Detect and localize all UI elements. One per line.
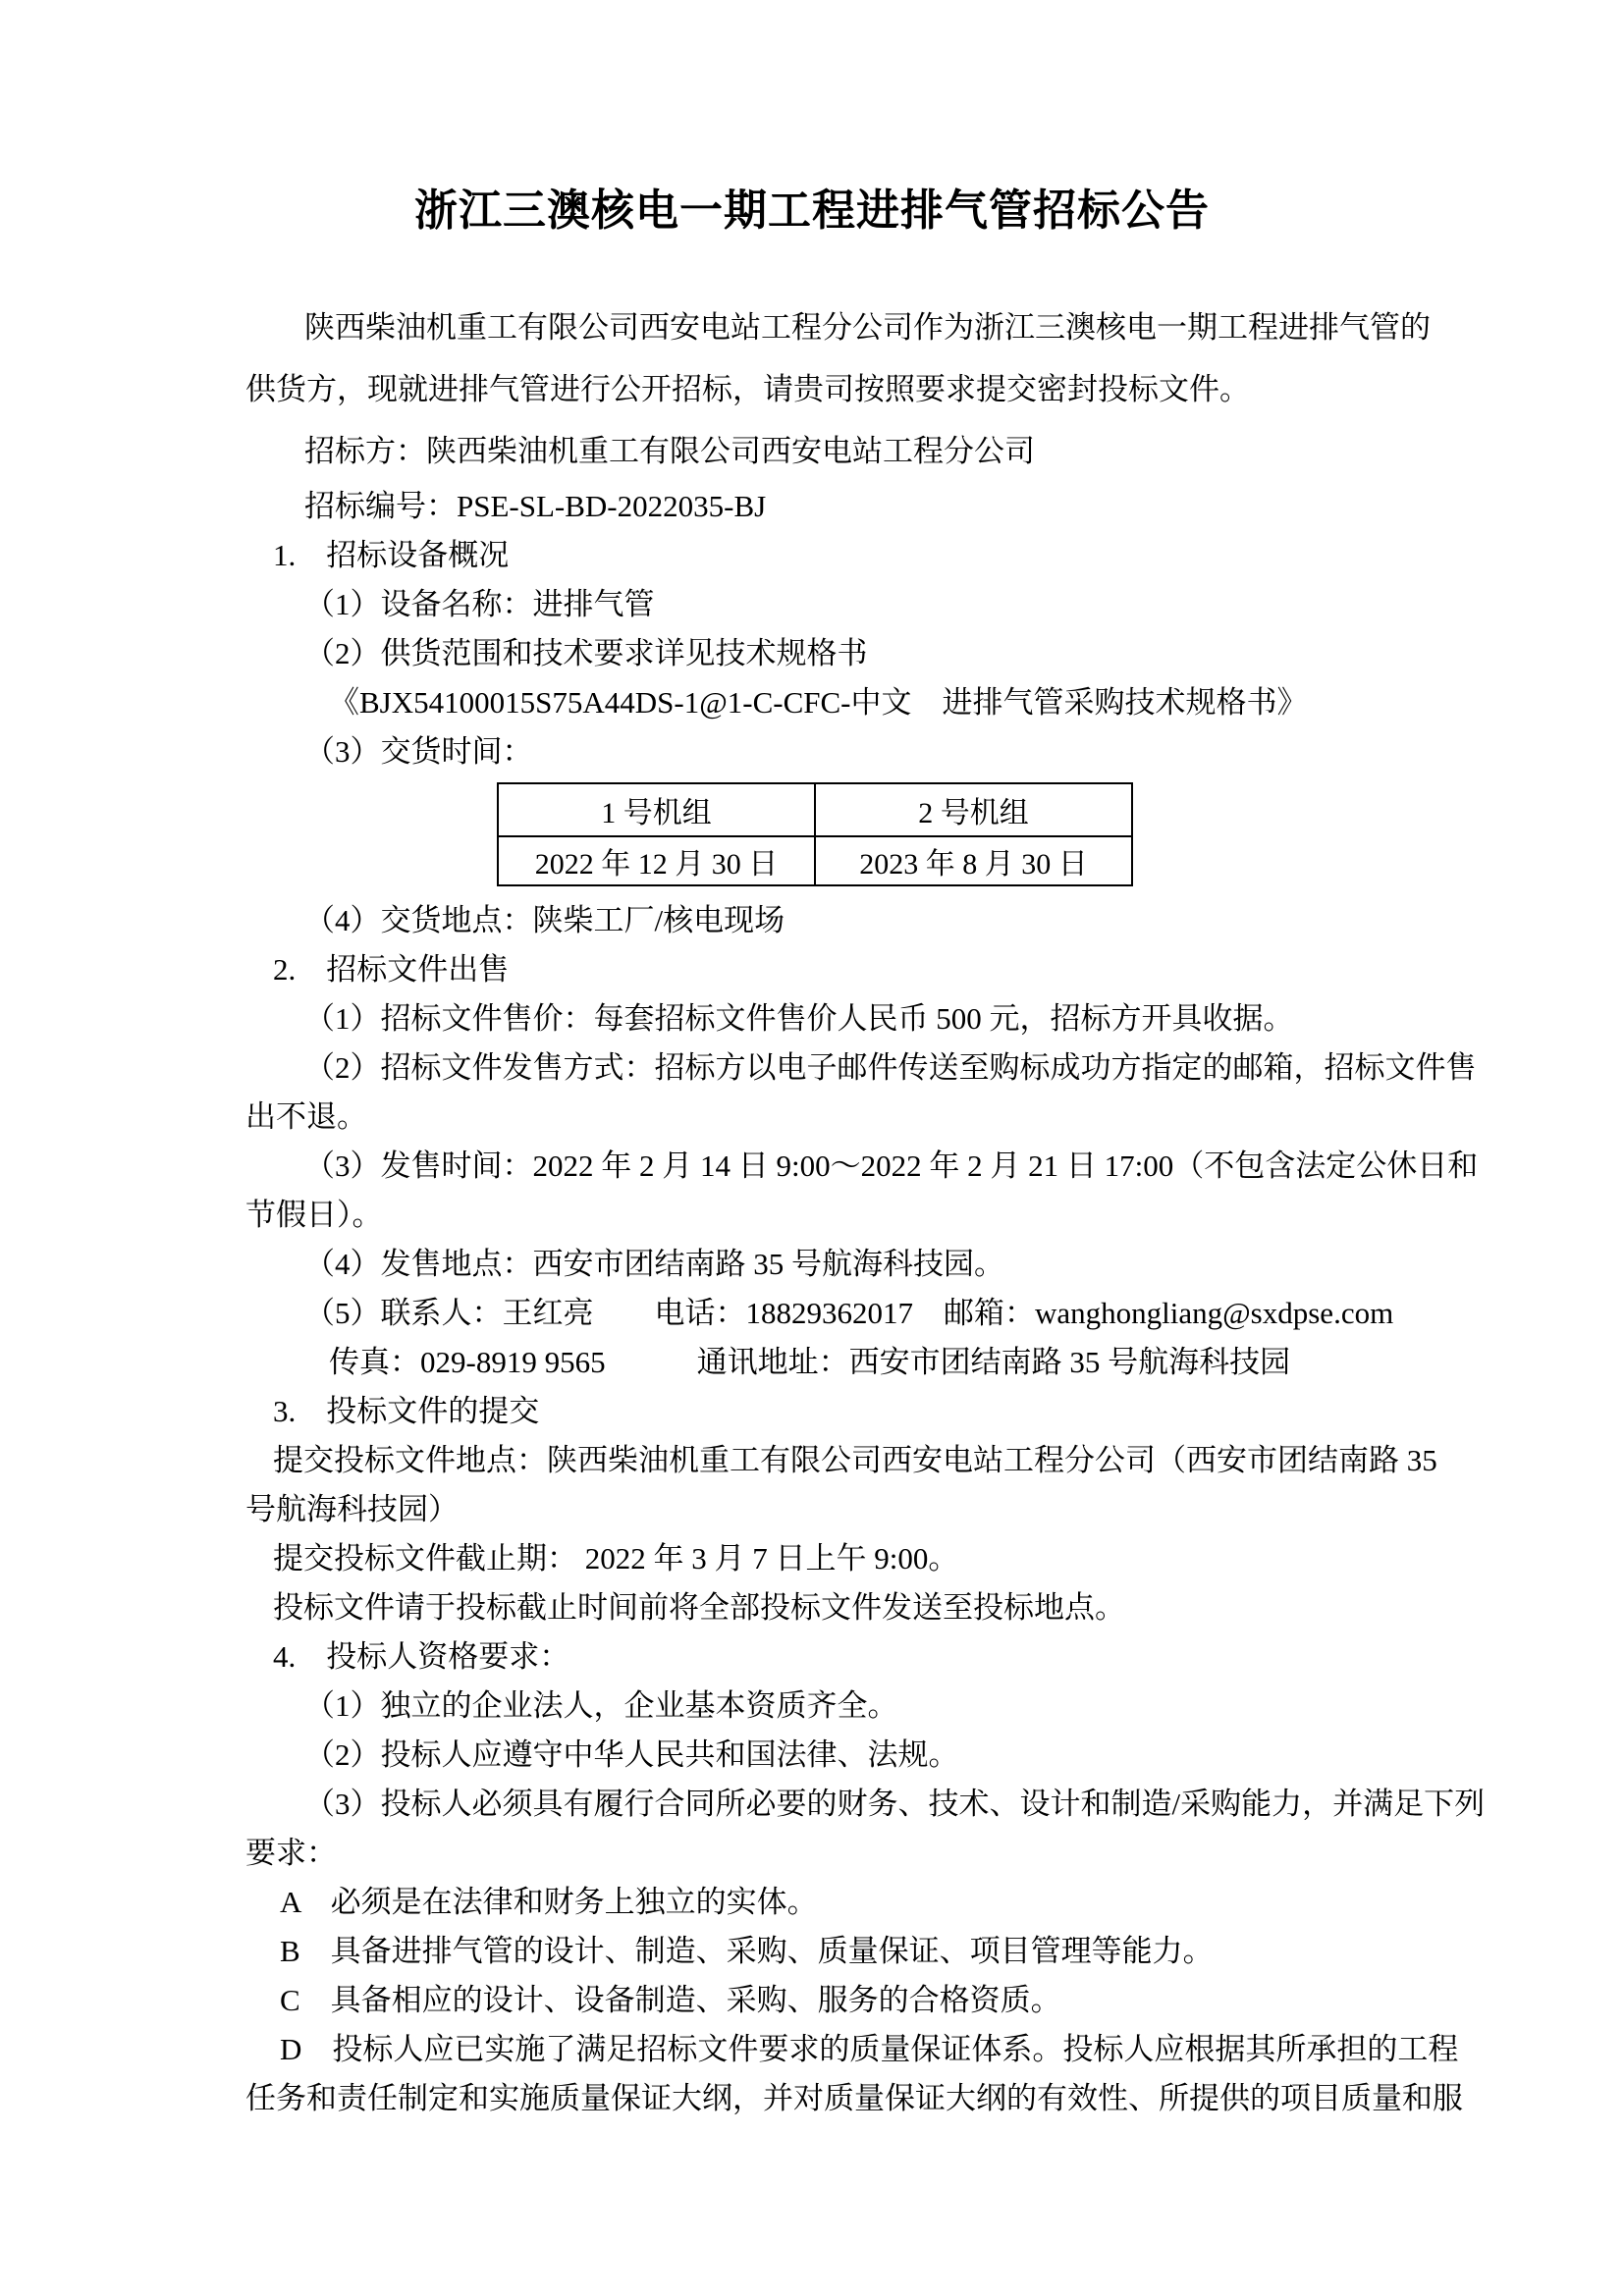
content-bottom: （4）交货地点：陕柴工厂/核电现场2. 招标文件出售（1）招标文件售价：每套招标… [245, 896, 1379, 2123]
text-line: （2）投标人应遵守中华人民共和国法律、法规。 [245, 1731, 1379, 1780]
table-cell: 2022 年 12 月 30 日 [498, 836, 815, 885]
document-title: 浙江三澳核电一期工程进排气管招标公告 [245, 0, 1379, 240]
text-line: （4）发售地点：西安市团结南路 35 号航海科技园。 [245, 1240, 1379, 1289]
text-line: 1. 招标设备概况 [245, 531, 1379, 580]
text-line: 招标方：陕西柴油机重工有限公司西安电站工程分公司 [245, 420, 1379, 482]
text-line: D 投标人应已实施了满足招标文件要求的质量保证体系。投标人应根据其所承担的工程 [245, 2025, 1379, 2074]
text-line: 2. 招标文件出售 [245, 945, 1379, 994]
text-line: 出不退。 [245, 1093, 1379, 1142]
text-line: 招标编号：PSE-SL-BD-2022035-BJ [245, 482, 1379, 531]
table-header-cell: 2 号机组 [815, 783, 1132, 836]
table-header-cell: 1 号机组 [498, 783, 815, 836]
text-line: A 必须是在法律和财务上独立的实体。 [245, 1878, 1379, 1927]
table-cell: 2023 年 8 月 30 日 [815, 836, 1132, 885]
text-line: （3）投标人必须具有履行合同所必要的财务、技术、设计和制造/采购能力，并满足下列 [245, 1780, 1379, 1829]
text-line: 节假日）。 [245, 1191, 1379, 1240]
text-line: 传真：029-8919 9565 通讯地址：西安市团结南路 35 号航海科技园 [245, 1338, 1379, 1387]
text-line: （5）联系人：王红亮 电话：18829362017 邮箱：wanghonglia… [245, 1289, 1379, 1338]
text-line: （3）发售时间：2022 年 2 月 14 日 9:00～2022 年 2 月 … [245, 1142, 1379, 1191]
text-line: 号航海科技园） [245, 1485, 1379, 1534]
text-line: 4. 投标人资格要求： [245, 1632, 1379, 1682]
text-line: 陕西柴油机重工有限公司西安电站工程分公司作为浙江三澳核电一期工程进排气管的 [245, 296, 1379, 358]
content-top: 陕西柴油机重工有限公司西安电站工程分公司作为浙江三澳核电一期工程进排气管的供货方… [245, 296, 1379, 776]
text-line: B 具备进排气管的设计、制造、采购、质量保证、项目管理等能力。 [245, 1927, 1379, 1976]
text-line: （3）交货时间： [245, 727, 1379, 776]
text-line: （2）招标文件发售方式：招标方以电子邮件传送至购标成功方指定的邮箱，招标文件售 [245, 1043, 1379, 1093]
text-line: 任务和责任制定和实施质量保证大纲，并对质量保证大纲的有效性、所提供的项目质量和服 [245, 2074, 1379, 2123]
delivery-time-table: 1 号机组2 号机组2022 年 12 月 30 日2023 年 8 月 30 … [497, 782, 1133, 886]
text-line: 提交投标文件截止期： 2022 年 3 月 7 日上午 9:00。 [245, 1534, 1379, 1583]
text-line: C 具备相应的设计、设备制造、采购、服务的合格资质。 [245, 1976, 1379, 2025]
text-line: （2）供货范围和技术要求详见技术规格书 [245, 629, 1379, 678]
table-row: 2022 年 12 月 30 日2023 年 8 月 30 日 [498, 836, 1132, 885]
text-line: （1）招标文件售价：每套招标文件售价人民币 500 元，招标方开具收据。 [245, 994, 1379, 1043]
text-line: （4）交货地点：陕柴工厂/核电现场 [245, 896, 1379, 945]
text-line: 3. 投标文件的提交 [245, 1387, 1379, 1436]
text-line: 投标文件请于投标截止时间前将全部投标文件发送至投标地点。 [245, 1583, 1379, 1632]
text-line: （1）独立的企业法人，企业基本资质齐全。 [245, 1682, 1379, 1731]
text-line: 供货方，现就进排气管进行公开招标，请贵司按照要求提交密封投标文件。 [245, 358, 1379, 420]
text-line: （1）设备名称：进排气管 [245, 580, 1379, 629]
document-page: 浙江三澳核电一期工程进排气管招标公告 陕西柴油机重工有限公司西安电站工程分公司作… [0, 0, 1624, 2296]
text-line: 提交投标文件地点：陕西柴油机重工有限公司西安电站工程分公司（西安市团结南路 35 [245, 1436, 1379, 1485]
text-line: 《BJX54100015S75A44DS-1@1-C-CFC-中文 进排气管采购… [245, 678, 1379, 727]
text-line: 要求： [245, 1829, 1379, 1878]
